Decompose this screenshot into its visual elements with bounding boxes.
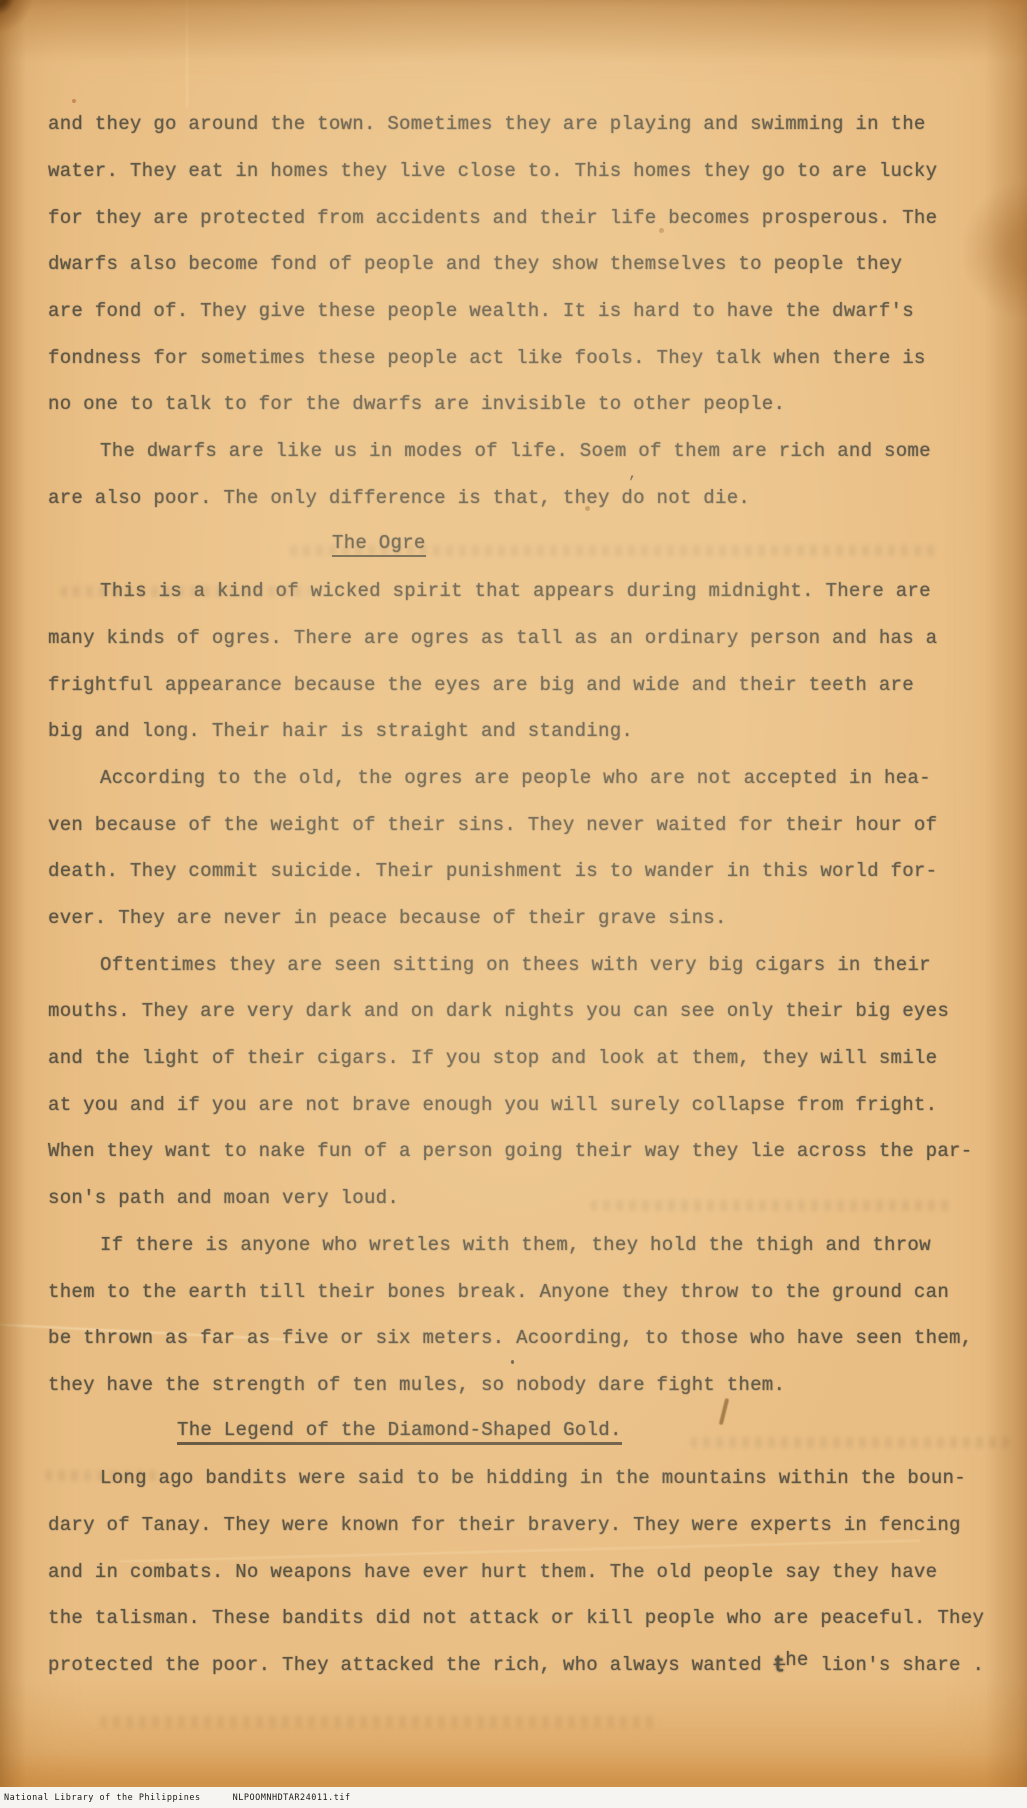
overstruck-letter: t [774,1651,786,1679]
paper-crease [186,0,188,108]
section-heading-legend-of-diamond-shaped-gold: The Legend of the Diamond-Shaped Gold. [48,1408,1001,1455]
text-line: ever. They are never in peace because of… [48,895,1001,942]
heading-text: The Ogre [332,532,426,557]
text-line: and in combats. No weapons have ever hur… [48,1548,1001,1595]
library-name-label: National Library of the Philippines [4,1793,201,1803]
text-line: at you and if you are not brave enough y… [48,1081,1001,1128]
text-line: son's path and moan very loud. [48,1175,1001,1222]
heading-text: The Legend of the Diamond-Shaped Gold. [177,1419,622,1445]
text-line: they have the strength of ten mules, so … [48,1362,1001,1409]
text-segment: lion's share . [809,1654,985,1676]
text-line: When they want to nake fun of a person g… [48,1128,1001,1175]
scanned-typewritten-page: ’ and they go around the town. Sometimes… [0,0,1027,1808]
text-line: This is a kind of wicked spirit that app… [48,568,1001,615]
text-line: are also poor. The only difference is th… [48,475,1001,522]
text-line: mouths. They are very dark and on dark n… [48,988,1001,1035]
text-line: for they are protected from accidents an… [48,194,1001,241]
raised-letters: he [785,1649,808,1671]
text-line: the talisman. These bandits did not atta… [48,1595,1001,1642]
text-line: According to the old, the ogres are peop… [48,755,1001,802]
text-line: Oftentimes they are seen sitting on thee… [48,941,1001,988]
section-heading-the-ogre: The Ogre [48,521,1001,568]
text-line: ven because of the weight of their sins.… [48,801,1001,848]
text-line: If there is anyone who wretles with them… [48,1222,1001,1269]
text-line: no one to talk to for the dwarfs are inv… [48,381,1001,428]
scan-footer-bar: National Library of the Philippines NLPO… [0,1787,1027,1808]
text-line: big and long. Their hair is straight and… [48,708,1001,755]
typewritten-text: and they go around the town. Sometimes t… [48,101,1001,1688]
text-line: dwarfs also become fond of people and th… [48,241,1001,288]
text-line: them to the earth till their bones break… [48,1268,1001,1315]
text-line: many kinds of ogres. There are ogres as … [48,615,1001,662]
text-line: fondness for sometimes these people act … [48,334,1001,381]
text-segment: protected the poor. They attacked the ri… [48,1654,774,1676]
text-line: Long ago bandits were said to be hidding… [48,1455,1001,1502]
text-line: death. They commit suicide. Their punish… [48,848,1001,895]
bleedthrough-ghost-text [100,1716,660,1728]
scan-filename-label: NLPOOMNHDTAR24011.tif [233,1793,351,1803]
text-line: water. They eat in homes they live close… [48,148,1001,195]
text-line: and they go around the town. Sometimes t… [48,101,1001,148]
text-line: dary of Tanay. They were known for their… [48,1502,1001,1549]
text-line: are fond of. They give these people weal… [48,288,1001,335]
text-line: and the light of their cigars. If you st… [48,1035,1001,1082]
text-line: be thrown as far as five or six meters. … [48,1315,1001,1362]
text-line-final: protected the poor. They attacked the ri… [48,1642,1001,1689]
text-line: frightful appearance because the eyes ar… [48,661,1001,708]
text-line: The dwarfs are like us in modes of life.… [48,428,1001,475]
